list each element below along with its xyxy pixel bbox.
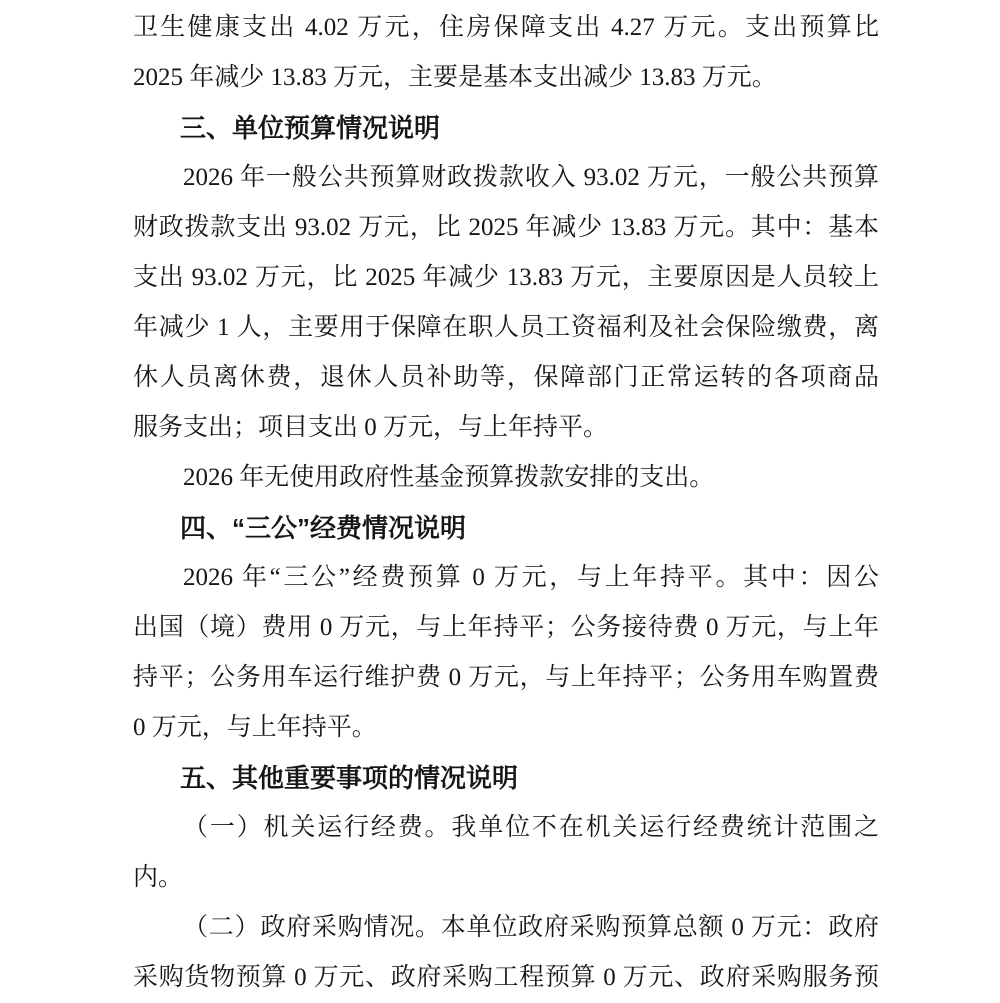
document-page: 卫生健康支出 4.02 万元，住房保障支出 4.27 万元。支出预算比 2025… xyxy=(0,0,1000,1003)
document-line: 出国（境）费用 0 万元，与上年持平；公务接待费 0 万元，与上年 xyxy=(133,603,879,653)
document-line: 持平；公务用车运行维护费 0 万元，与上年持平；公务用车购置费 xyxy=(133,653,879,703)
document-line: 采购货物预算 0 万元、政府采购工程预算 0 万元、政府采购服务预 xyxy=(133,953,879,1003)
document-line: 财政拨款支出 93.02 万元，比 2025 年减少 13.83 万元。其中：基… xyxy=(133,203,879,253)
document-line: 支出 93.02 万元，比 2025 年减少 13.83 万元，主要原因是人员较… xyxy=(133,253,879,303)
document-line: 2025 年减少 13.83 万元，主要是基本支出减少 13.83 万元。 xyxy=(133,53,879,103)
document-line: 卫生健康支出 4.02 万元，住房保障支出 4.27 万元。支出预算比 xyxy=(133,3,879,53)
document-text-block: 卫生健康支出 4.02 万元，住房保障支出 4.27 万元。支出预算比 2025… xyxy=(133,3,879,1003)
document-line: 2026 年“三公”经费预算 0 万元，与上年持平。其中：因公 xyxy=(133,553,879,603)
section-heading-4: 四、“三公”经费情况说明 xyxy=(133,503,879,553)
document-line: （二）政府采购情况。本单位政府采购预算总额 0 万元：政府 xyxy=(133,903,879,953)
section-heading-5: 五、其他重要事项的情况说明 xyxy=(133,753,879,803)
document-line: （一）机关运行经费。我单位不在机关运行经费统计范围之 xyxy=(133,803,879,853)
document-line: 2026 年无使用政府性基金预算拨款安排的支出。 xyxy=(133,453,879,503)
document-line: 0 万元，与上年持平。 xyxy=(133,703,879,753)
section-heading-3: 三、单位预算情况说明 xyxy=(133,103,879,153)
document-line: 服务支出；项目支出 0 万元，与上年持平。 xyxy=(133,403,879,453)
document-line: 年减少 1 人，主要用于保障在职人员工资福利及社会保险缴费，离 xyxy=(133,303,879,353)
document-line: 休人员离休费，退休人员补助等，保障部门正常运转的各项商品 xyxy=(133,353,879,403)
document-line: 2026 年一般公共预算财政拨款收入 93.02 万元，一般公共预算 xyxy=(133,153,879,203)
document-line: 内。 xyxy=(133,853,879,903)
